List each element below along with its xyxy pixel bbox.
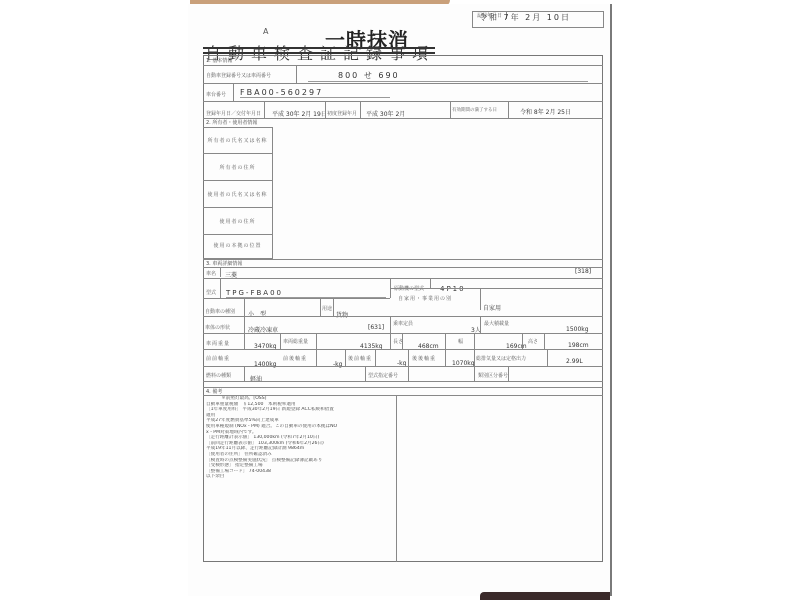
- fuel-label: 燃料の種類: [206, 372, 231, 379]
- maker-code: [318]: [575, 268, 591, 275]
- reg-number-label: 自動車登録番号又は車両番号: [206, 72, 271, 79]
- private-value: 自家用: [483, 303, 501, 312]
- reg-number-value: 800 せ 690: [308, 70, 588, 82]
- divider: [264, 101, 265, 118]
- divider: [244, 366, 245, 381]
- divider: [203, 83, 603, 84]
- use-label: 用途: [322, 305, 332, 312]
- divider: [474, 333, 475, 349]
- divider: [375, 349, 376, 366]
- chassis-label: 車台番号: [206, 91, 226, 98]
- displacement-label: 総排気量又は定格出力: [476, 355, 526, 362]
- front-axle-label: 前前軸重: [206, 355, 230, 362]
- record-date-value: 令和 7年 2月 10日: [473, 12, 571, 23]
- divider: [430, 278, 431, 288]
- divider: [203, 267, 603, 268]
- chassis-value: FBA00-560297: [240, 88, 390, 98]
- rear-axle-label: 後後軸重: [412, 355, 436, 362]
- divider: [203, 118, 603, 119]
- displacement-value: 2.99L: [566, 358, 583, 365]
- user-name-label: 使用者の氏名又は名称: [203, 181, 273, 208]
- maker-label: 車名: [206, 270, 216, 277]
- use-value: 貨物: [336, 310, 348, 319]
- divider: [480, 316, 481, 333]
- front-rear-label: 前後軸重: [283, 355, 307, 362]
- divider: [544, 333, 545, 349]
- owner-address-label: 所有者の住所: [203, 154, 273, 181]
- divider: [203, 259, 603, 260]
- divider: [244, 333, 245, 349]
- first-reg-label: 登録年月日／交付年月日: [206, 110, 261, 117]
- private-label: 自家用・事業用の別: [398, 295, 452, 302]
- section3-header: 3. 車両詳細情報: [203, 260, 242, 267]
- width-label: 幅: [458, 338, 463, 345]
- divider: [474, 349, 475, 366]
- divider: [402, 333, 403, 349]
- body-label: 車体の形状: [205, 324, 230, 331]
- divider: [203, 387, 603, 388]
- divider: [203, 101, 603, 102]
- remarks-text: ＊前照灯最高、[OSS] 自動車重量税額 ￥12,500 本則税率適用 ［1年車…: [206, 396, 406, 480]
- divider: [390, 316, 391, 333]
- divider: [390, 288, 603, 289]
- divider: [474, 366, 475, 381]
- divider: [296, 65, 297, 83]
- divider: [316, 349, 317, 366]
- model-label: 型式: [206, 289, 216, 296]
- rear-front-label: 後前軸重: [348, 355, 372, 362]
- first-year-value: 平成 30年 2月: [366, 109, 405, 118]
- divider: [203, 278, 603, 279]
- divider: [508, 366, 509, 381]
- engine-value: 4P10: [440, 285, 466, 293]
- kind-label: 自動車の種別: [205, 308, 235, 315]
- divider: [345, 349, 346, 366]
- weight-label: 車両重量: [206, 340, 230, 347]
- divider: [408, 349, 409, 366]
- divider: [203, 316, 603, 317]
- divider: [203, 366, 603, 367]
- remarks-line: 以下余白: [206, 474, 406, 480]
- max-load-label: 最大積載量: [484, 320, 509, 327]
- owner-name-label: 所有者の氏名又は名称: [203, 127, 273, 154]
- divider: [408, 366, 409, 381]
- height-value: 198cm: [568, 342, 589, 349]
- divider: [445, 349, 446, 366]
- divider: [522, 333, 523, 349]
- divider: [547, 349, 548, 366]
- divider: [450, 101, 451, 118]
- divider: [333, 298, 334, 316]
- divider: [316, 333, 317, 349]
- divider: [203, 65, 603, 66]
- divider: [203, 333, 603, 334]
- divider: [280, 333, 281, 349]
- corner-mark: A: [263, 27, 268, 36]
- divider: [508, 101, 509, 118]
- category-label: 類別区分番号: [478, 372, 508, 379]
- section1-header: 1. 基本情報: [203, 57, 232, 64]
- divider: [390, 333, 391, 349]
- gross-label: 車両総重量: [283, 338, 308, 345]
- divider: [445, 333, 446, 349]
- section4-header: 4. 備考: [203, 388, 222, 395]
- body-code: [631]: [368, 324, 384, 331]
- first-reg-value: 平成 30年 2月 19日: [272, 109, 327, 118]
- height-label: 高さ: [528, 338, 538, 345]
- divider: [244, 298, 245, 316]
- divider: [203, 349, 603, 350]
- divider: [203, 298, 390, 299]
- capacity-label: 乗車定員: [393, 320, 413, 327]
- divider: [220, 267, 221, 277]
- first-year-label: 初度登録年月: [327, 110, 357, 117]
- section2-header: 2. 所有者・使用者情報: [203, 119, 257, 126]
- model-value: TPG-FBA00: [226, 289, 386, 298]
- divider: [360, 101, 361, 118]
- divider: [480, 288, 481, 310]
- user-address-label: 使用者の住所: [203, 208, 273, 235]
- divider: [244, 316, 245, 333]
- divider: [320, 298, 321, 316]
- divider: [233, 83, 234, 101]
- expiry-label: 有効期間の満了する日: [452, 107, 497, 113]
- type-approval-label: 型式指定番号: [368, 372, 398, 379]
- max-load-value: 1500kg: [566, 326, 589, 333]
- background-shadow: [480, 592, 610, 600]
- divider: [203, 381, 603, 382]
- divider: [325, 101, 326, 118]
- divider: [365, 366, 366, 381]
- divider: [220, 278, 221, 298]
- expiry-value: 令和 8年 2月 25日: [520, 107, 571, 116]
- base-location-label: 使用の本拠の位置: [203, 232, 273, 259]
- record-date-box: 記録年月日 令和 7年 2月 10日: [472, 11, 604, 28]
